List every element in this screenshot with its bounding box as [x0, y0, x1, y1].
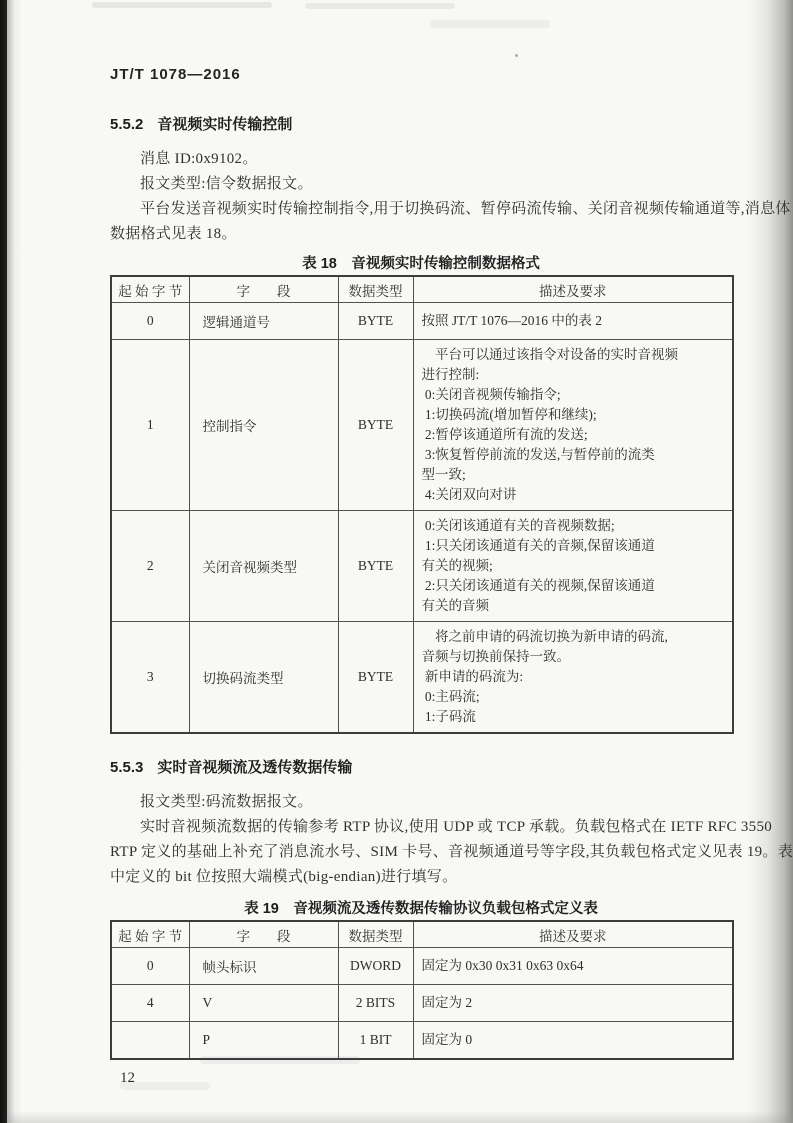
cell-field: 控制指令 — [189, 340, 338, 511]
cell-data-type: BYTE — [338, 303, 413, 340]
cell-start-byte — [111, 1022, 189, 1060]
desc-line: 固定为 2 — [422, 993, 727, 1013]
table19: 起 始 字 节字 段数据类型描述及要求0帧头标识DWORD固定为 0x30 0x… — [110, 920, 734, 1060]
section-552-paragraph: 平台发送音视频实时传输控制指令,用于切换码流、暂停码流传输、关闭音视频传输通道等… — [110, 197, 732, 247]
desc-line: 1:只关闭该通道有关的音频,保留该通道 — [422, 536, 727, 556]
cell-field: V — [189, 985, 338, 1022]
cell-field: P — [189, 1022, 338, 1060]
cell-description: 固定为 2 — [413, 985, 733, 1022]
cell-description: 固定为 0x30 0x31 0x63 0x64 — [413, 948, 733, 985]
scan-artifact — [92, 2, 272, 8]
desc-line: 0:关闭该通道有关的音视频数据; — [422, 516, 727, 536]
table-row: 0逻辑通道号BYTE按照 JT/T 1076—2016 中的表 2 — [111, 303, 733, 340]
cell-data-type: 2 BITS — [338, 985, 413, 1022]
desc-line: 0:主码流; — [422, 687, 727, 707]
table18-container: 起 始 字 节字 段数据类型描述及要求0逻辑通道号BYTE按照 JT/T 107… — [110, 275, 732, 734]
table-row: 3切换码流类型BYTE 将之前申请的码流切换为新申请的码流,音频与切换前保持一致… — [111, 622, 733, 734]
section-heading-5-5-2: 5.5.2音视频实时传输控制 — [110, 113, 732, 135]
cell-start-byte: 0 — [111, 948, 189, 985]
column-header: 起 始 字 节 — [111, 921, 189, 948]
desc-line: 新申请的码流为: — [422, 667, 727, 687]
table19-caption: 表 19 音视频流及透传数据传输协议负载包格式定义表 — [110, 898, 732, 920]
desc-line: 有关的音频 — [422, 596, 727, 616]
cell-start-byte: 4 — [111, 985, 189, 1022]
desc-line: 1:子码流 — [422, 707, 727, 727]
table18-caption: 表 18 音视频实时传输控制数据格式 — [110, 253, 732, 275]
page-number: 12 — [110, 1070, 732, 1087]
cell-data-type: BYTE — [338, 622, 413, 734]
scan-edge-right-shadow — [747, 0, 793, 1123]
scan-edge-bottom-shadow — [7, 1111, 793, 1123]
column-header: 字 段 — [189, 276, 338, 303]
desc-line: 固定为 0 — [422, 1030, 727, 1050]
table-row: 4V2 BITS固定为 2 — [111, 985, 733, 1022]
table-row: 1控制指令BYTE 平台可以通过该指令对设备的实时音视频进行控制: 0:关闭音视… — [111, 340, 733, 511]
desc-line: 3:恢复暂停前流的发送,与暂停前的流类 — [422, 445, 727, 465]
text-line: 消息 ID:0x9102。 — [110, 147, 732, 172]
section-heading-5-5-3: 5.5.3实时音视频流及透传数据传输 — [110, 756, 732, 778]
cell-field: 帧头标识 — [189, 948, 338, 985]
table18: 起 始 字 节字 段数据类型描述及要求0逻辑通道号BYTE按照 JT/T 107… — [110, 275, 734, 734]
column-header: 描述及要求 — [413, 921, 733, 948]
desc-line: 4:关闭双向对讲 — [422, 485, 727, 505]
cell-description: 0:关闭该通道有关的音视频数据; 1:只关闭该通道有关的音频,保留该通道有关的视… — [413, 511, 733, 622]
table-header-row: 起 始 字 节字 段数据类型描述及要求 — [111, 921, 733, 948]
scan-edge-left — [0, 0, 7, 1123]
table-header-row: 起 始 字 节字 段数据类型描述及要求 — [111, 276, 733, 303]
column-header: 字 段 — [189, 921, 338, 948]
cell-description: 固定为 0 — [413, 1022, 733, 1060]
cell-description: 平台可以通过该指令对设备的实时音视频进行控制: 0:关闭音视频传输指令; 1:切… — [413, 340, 733, 511]
text-line: 数据格式见表 18。 — [110, 222, 732, 247]
table-row: 0帧头标识DWORD固定为 0x30 0x31 0x63 0x64 — [111, 948, 733, 985]
cell-start-byte: 1 — [111, 340, 189, 511]
desc-line: 0:关闭音视频传输指令; — [422, 385, 727, 405]
section-553-paragraph: 实时音视频流数据的传输参考 RTP 协议,使用 UDP 或 TCP 承载。负载包… — [110, 815, 732, 890]
column-header: 数据类型 — [338, 921, 413, 948]
cell-start-byte: 0 — [111, 303, 189, 340]
desc-line: 1:切换码流(增加暂停和继续); — [422, 405, 727, 425]
column-header: 起 始 字 节 — [111, 276, 189, 303]
desc-line: 将之前申请的码流切换为新申请的码流, — [422, 627, 727, 647]
desc-line: 有关的视频; — [422, 556, 727, 576]
cell-data-type: 1 BIT — [338, 1022, 413, 1060]
doc-number-header: JT/T 1078—2016 — [110, 66, 732, 83]
document-page: JT/T 1078—2016 5.5.2音视频实时传输控制 消息 ID:0x91… — [0, 0, 793, 1123]
section-title: 实时音视频流及透传数据传输 — [157, 759, 352, 776]
cell-data-type: BYTE — [338, 340, 413, 511]
cell-data-type: DWORD — [338, 948, 413, 985]
page-content: JT/T 1078—2016 5.5.2音视频实时传输控制 消息 ID:0x91… — [110, 66, 732, 1087]
section-552-intro: 消息 ID:0x9102。报文类型:信令数据报文。 — [110, 147, 732, 197]
cell-start-byte: 2 — [111, 511, 189, 622]
table19-container: 起 始 字 节字 段数据类型描述及要求0帧头标识DWORD固定为 0x30 0x… — [110, 920, 732, 1060]
scan-artifact — [305, 3, 455, 9]
section-number: 5.5.2 — [110, 116, 143, 133]
section-553-intro: 报文类型:码流数据报文。 — [110, 790, 732, 815]
cell-field: 逻辑通道号 — [189, 303, 338, 340]
desc-line: 型一致; — [422, 465, 727, 485]
text-line: 报文类型:码流数据报文。 — [110, 790, 732, 815]
desc-line: 按照 JT/T 1076—2016 中的表 2 — [422, 311, 727, 331]
table-row: P1 BIT固定为 0 — [111, 1022, 733, 1060]
desc-line: 平台可以通过该指令对设备的实时音视频 — [422, 345, 727, 365]
cell-start-byte: 3 — [111, 622, 189, 734]
section-title: 音视频实时传输控制 — [157, 116, 292, 133]
scan-artifact — [430, 20, 550, 28]
desc-line: 音频与切换前保持一致。 — [422, 647, 727, 667]
column-header: 描述及要求 — [413, 276, 733, 303]
desc-line: 2:只关闭该通道有关的视频,保留该通道 — [422, 576, 727, 596]
text-line: 平台发送音视频实时传输控制指令,用于切换码流、暂停码流传输、关闭音视频传输通道等… — [110, 197, 732, 222]
section-number: 5.5.3 — [110, 759, 143, 776]
text-line: 报文类型:信令数据报文。 — [110, 172, 732, 197]
desc-line: 固定为 0x30 0x31 0x63 0x64 — [422, 956, 727, 976]
text-line: RTP 定义的基础上补充了消息流水号、SIM 卡号、音视频通道号等字段,其负载包… — [110, 840, 732, 865]
table-row: 2关闭音视频类型BYTE 0:关闭该通道有关的音视频数据; 1:只关闭该通道有关… — [111, 511, 733, 622]
text-line: 实时音视频流数据的传输参考 RTP 协议,使用 UDP 或 TCP 承载。负载包… — [110, 815, 732, 840]
cell-description: 按照 JT/T 1076—2016 中的表 2 — [413, 303, 733, 340]
text-line: 中定义的 bit 位按照大端模式(big-endian)进行填写。 — [110, 865, 732, 890]
desc-line: 2:暂停该通道所有流的发送; — [422, 425, 727, 445]
scan-speck — [515, 54, 518, 57]
cell-field: 关闭音视频类型 — [189, 511, 338, 622]
cell-data-type: BYTE — [338, 511, 413, 622]
column-header: 数据类型 — [338, 276, 413, 303]
desc-line: 进行控制: — [422, 365, 727, 385]
cell-field: 切换码流类型 — [189, 622, 338, 734]
cell-description: 将之前申请的码流切换为新申请的码流,音频与切换前保持一致。 新申请的码流为: 0… — [413, 622, 733, 734]
scan-edge-left-shadow — [7, 0, 22, 1123]
